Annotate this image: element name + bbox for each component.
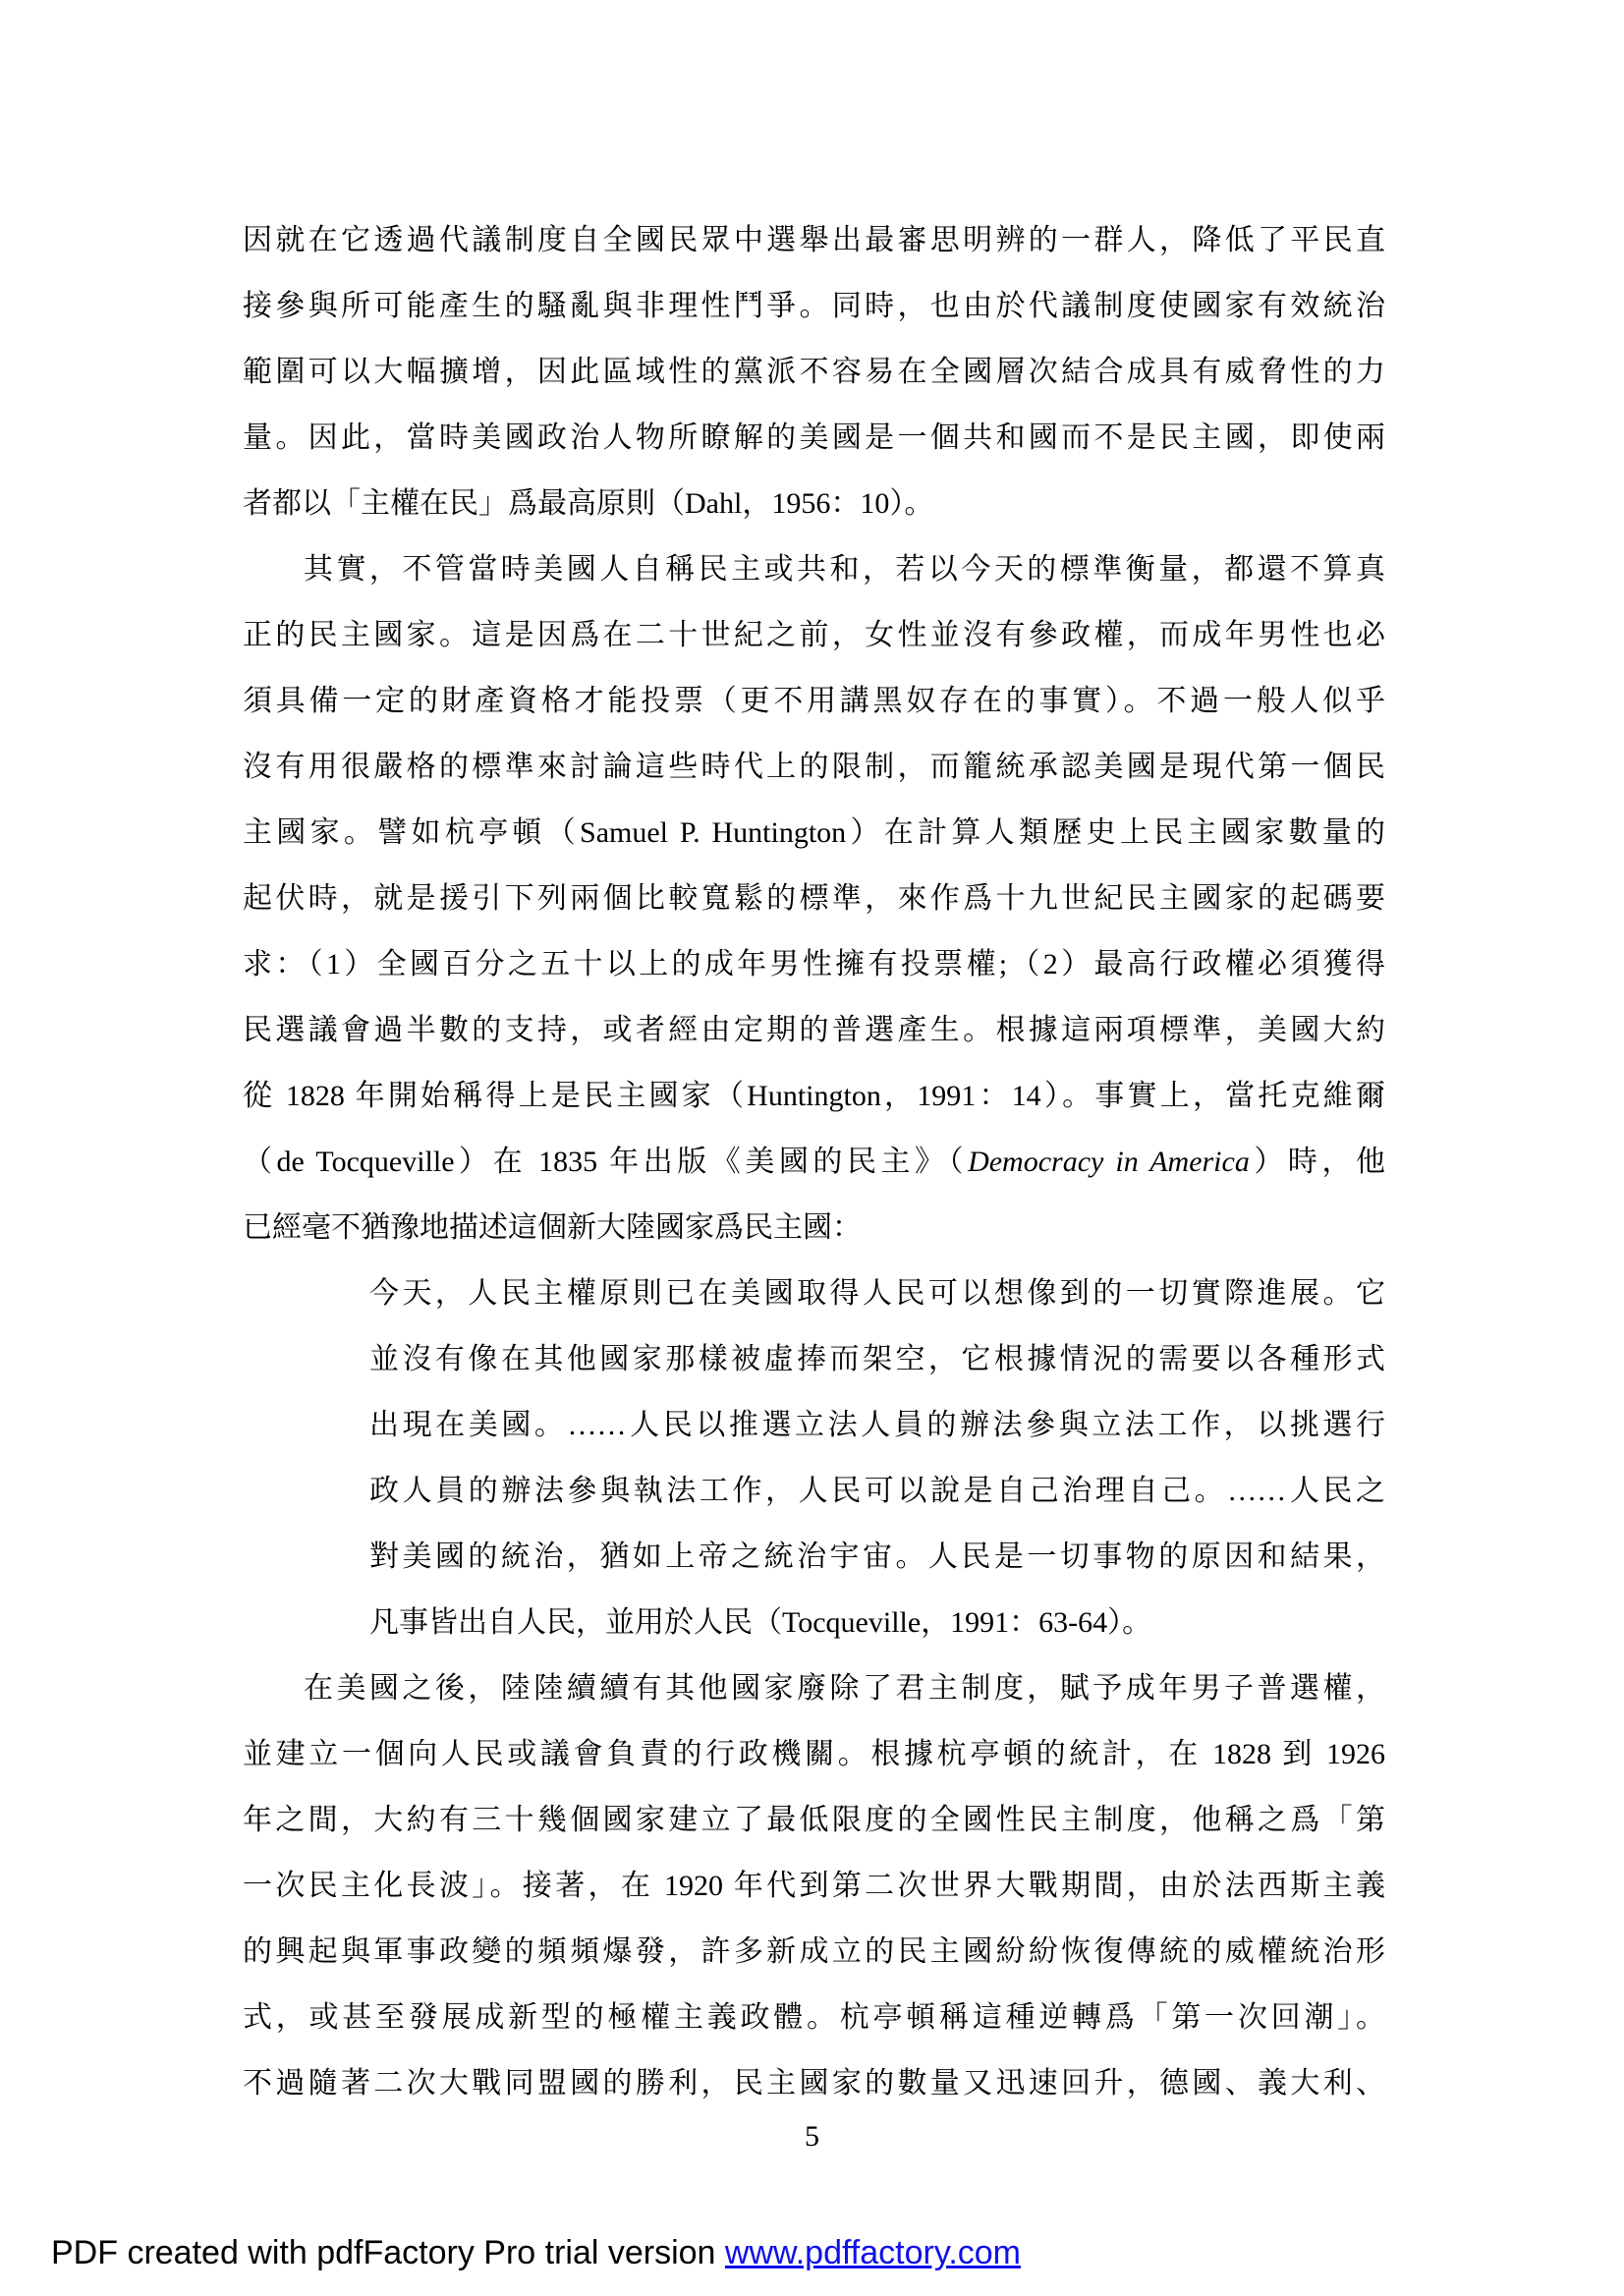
text-line: 的興起與軍事政變的頻頻爆發，許多新成立的民主國紛紛恢復傳統的威權統治形 (243, 1928, 1385, 1993)
text-line: 民選議會過半數的支持，或者經由定期的普選產生。根據這兩項標準，美國大約 (243, 1006, 1385, 1072)
text-line: 已經毫不猶豫地描述這個新大陸國家爲民主國： (243, 1204, 1385, 1269)
page-number: 5 (0, 2117, 1624, 2156)
text-line: 在美國之後，陸陸續續有其他國家廢除了君主制度，賦予成年男子普選權， (243, 1664, 1385, 1730)
text-line: 式，或甚至發展成新型的極權主義政體。杭亭頓稱這種逆轉爲「第一次回潮」。 (243, 1993, 1385, 2059)
text-line: 者都以「主權在民」爲最高原則（Dahl，1956：10）。 (243, 479, 1385, 545)
text-line: 求：（1）全國百分之五十以上的成年男性擁有投票權;（2）最高行政權必須獲得 (243, 940, 1385, 1006)
quote-line: 凡事皆出自人民，並用於人民（Tocqueville，1991：63-64）。 (369, 1598, 1385, 1664)
text-line: 沒有用很嚴格的標準來討論這些時代上的限制，而籠統承認美國是現代第一個民 (243, 743, 1385, 809)
quote-line: 出現在美國。……人民以推選立法人員的辦法參與立法工作，以挑選行 (369, 1401, 1385, 1467)
text-line: 不過隨著二次大戰同盟國的勝利，民主國家的數量又迅速回升，德國、義大利、 (243, 2059, 1385, 2125)
text-line: 其實，不管當時美國人自稱民主或共和，若以今天的標準衡量，都還不算真 (243, 545, 1385, 611)
text-line: 並建立一個向人民或議會負責的行政機關。根據杭亭頓的統計，在 1828 到 192… (243, 1730, 1385, 1796)
text-line: 年之間，大約有三十幾個國家建立了最低限度的全國性民主制度，他稱之爲「第 (243, 1796, 1385, 1862)
text-line: 接參與所可能產生的騷亂與非理性鬥爭。同時，也由於代議制度使國家有效統治 (243, 282, 1385, 348)
text-line: （de Tocqueville）在 1835 年出版《美國的民主》（Democr… (243, 1138, 1385, 1204)
text-line: 正的民主國家。這是因爲在二十世紀之前，女性並沒有參政權，而成年男性也必 (243, 611, 1385, 677)
text-line: 一次民主化長波」。接著，在 1920 年代到第二次世界大戰期間，由於法西斯主義 (243, 1862, 1385, 1928)
pdf-footer: PDF created with pdfFactory Pro trial ve… (51, 2232, 1021, 2273)
document-page: 因就在它透過代議制度自全國民眾中選舉出最審思明辨的一群人，降低了平民直接參與所可… (0, 0, 1624, 2296)
pdffactory-link[interactable]: www.pdffactory.com (725, 2234, 1021, 2271)
text-line: 量。因此，當時美國政治人物所瞭解的美國是一個共和國而不是民主國，即使兩 (243, 414, 1385, 479)
text-line: 範圍可以大幅擴增，因此區域性的黨派不容易在全國層次結合成具有威脅性的力 (243, 348, 1385, 414)
text-line: 主國家。譬如杭亭頓（Samuel P. Huntington）在計算人類歷史上民… (243, 809, 1385, 874)
text-line: 起伏時，就是援引下列兩個比較寬鬆的標準，來作爲十九世紀民主國家的起碼要 (243, 874, 1385, 940)
quote-line: 並沒有像在其他國家那樣被虛捧而架空，它根據情況的需要以各種形式 (369, 1335, 1385, 1401)
text-line: 從 1828 年開始稱得上是民主國家（Huntington，1991：14）。事… (243, 1072, 1385, 1138)
footer-text: PDF created with pdfFactory Pro trial ve… (51, 2234, 725, 2271)
text-line: 因就在它透過代議制度自全國民眾中選舉出最審思明辨的一群人，降低了平民直 (243, 216, 1385, 282)
quote-line: 政人員的辦法參與執法工作，人民可以說是自己治理自己。……人民之 (369, 1467, 1385, 1533)
quote-line: 今天，人民主權原則已在美國取得人民可以想像到的一切實際進展。它 (369, 1269, 1385, 1335)
quote-line: 對美國的統治，猶如上帝之統治宇宙。人民是一切事物的原因和結果， (369, 1533, 1385, 1598)
text-line: 須具備一定的財產資格才能投票（更不用講黑奴存在的事實）。不過一般人似乎 (243, 677, 1385, 743)
text-content: 因就在它透過代議制度自全國民眾中選舉出最審思明辨的一群人，降低了平民直接參與所可… (243, 216, 1385, 2125)
